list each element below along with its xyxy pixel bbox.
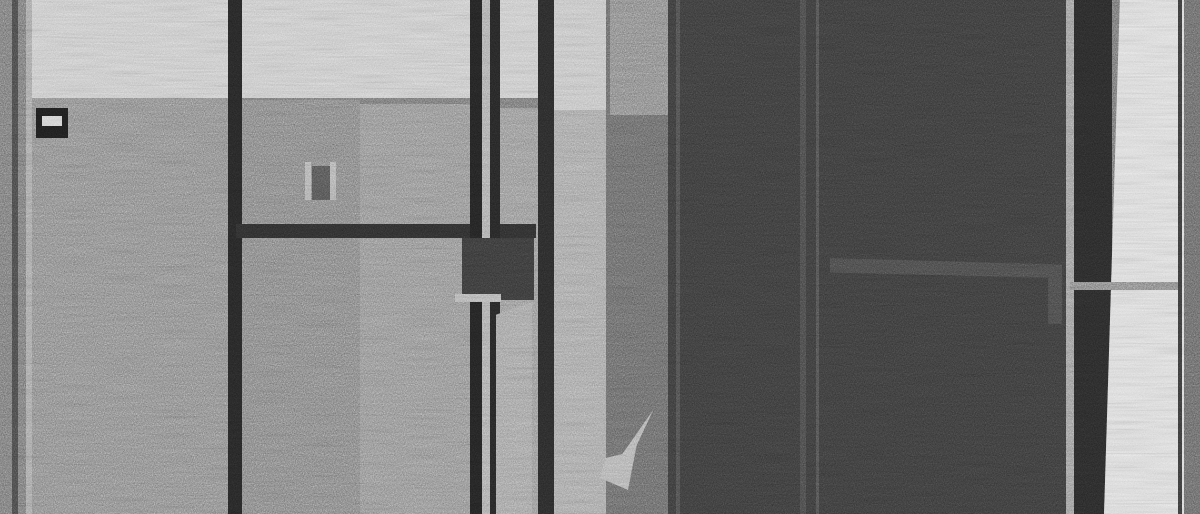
pipe-bracket: [455, 294, 501, 302]
vertical-pipe: [538, 0, 554, 514]
gray-column-top: [610, 0, 668, 115]
dark-door: [668, 0, 1088, 514]
doorway-right-line: [1178, 0, 1182, 514]
angled-panel: [496, 302, 532, 514]
door-edge-line: [676, 0, 680, 514]
photograph: [0, 0, 1200, 514]
left-edge-line: [12, 0, 18, 514]
lower-wall-panel: [32, 98, 232, 514]
wall-mark-right: [330, 162, 336, 200]
upper-wall-band: [32, 0, 610, 98]
wall-mark-shadow: [312, 166, 330, 200]
door-frame-post-dark: [1074, 0, 1112, 514]
lower-wall-panel-mid2: [360, 104, 470, 514]
door-edge-line: [816, 0, 819, 514]
door-frame-post: [1066, 0, 1074, 514]
vertical-pipe: [228, 0, 242, 514]
wall-plate-label-area: [42, 116, 62, 126]
lower-wall-panel-mid: [242, 100, 360, 514]
doorway-crossbar: [1070, 282, 1178, 290]
door-edge-line: [800, 0, 806, 514]
light-column-top: [554, 0, 606, 110]
wall-mark-left: [305, 162, 311, 200]
right-edge-wall: [1184, 0, 1200, 514]
wall-plate: [36, 108, 68, 138]
pipe-junction: [462, 238, 534, 300]
